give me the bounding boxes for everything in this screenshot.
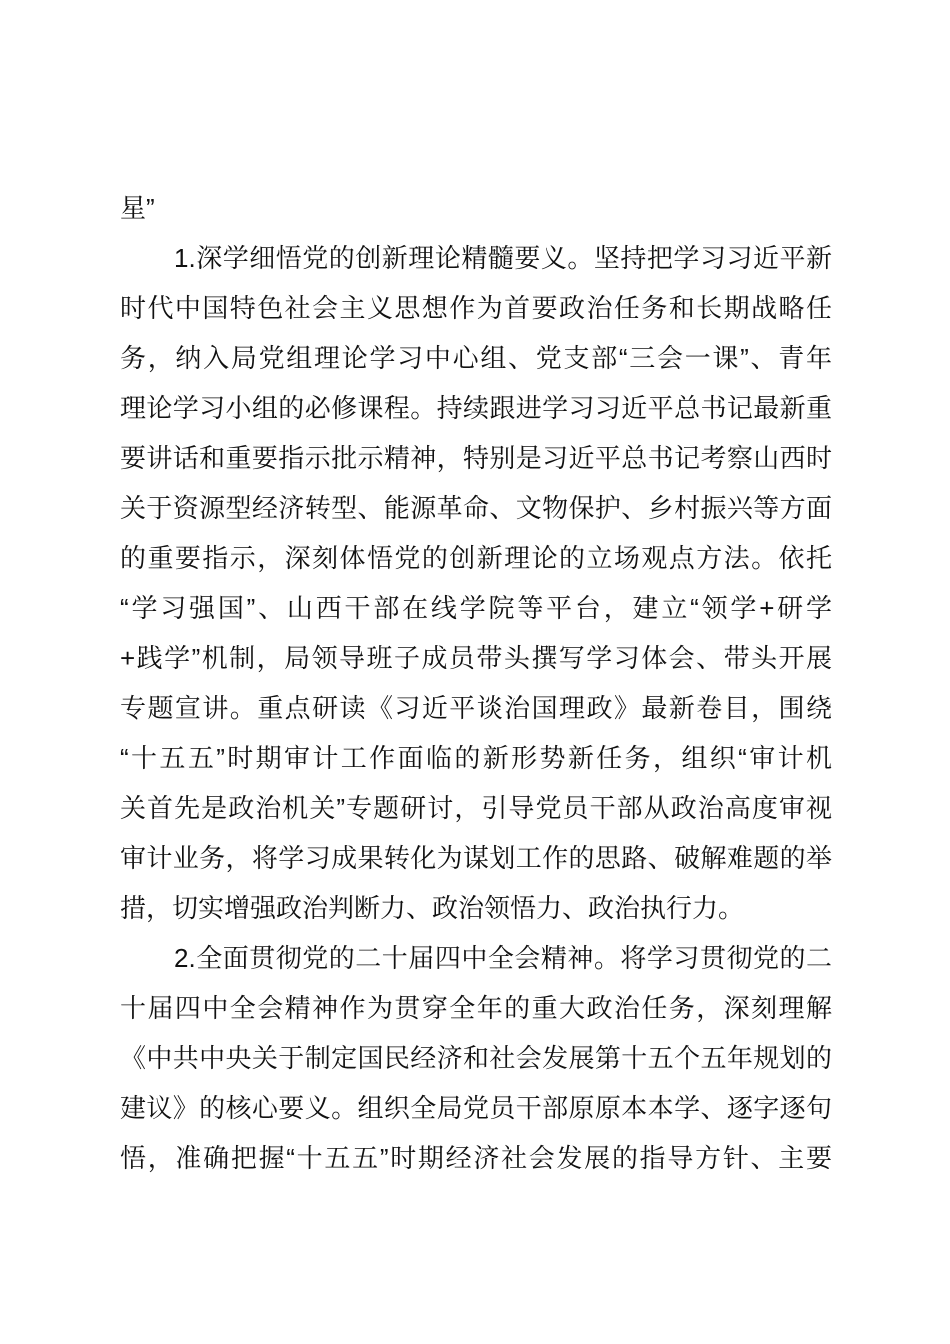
body-text: 星” 1.深学细悟党的创新理论精髓要义。坚持把学习习近平新 时代中国特色社会主义… bbox=[120, 183, 832, 1183]
text-line: 建议》的核心要义。组织全局党员干部原原本本学、逐字逐句 bbox=[120, 1083, 832, 1133]
paragraph-1: 1.深学细悟党的创新理论精髓要义。坚持把学习习近平新 时代中国特色社会主义思想作… bbox=[120, 233, 832, 933]
text-line: 关于资源型经济转型、能源革命、文物保护、乡村振兴等方面 bbox=[120, 483, 832, 533]
text-line: 2.全面贯彻党的二十届四中全会精神。将学习贯彻党的二 bbox=[120, 933, 832, 983]
text-line: 专题宣讲。重点研读《习近平谈治国理政》最新卷目，围绕 bbox=[120, 683, 832, 733]
text-line: 理论学习小组的必修课程。持续跟进学习习近平总书记最新重 bbox=[120, 383, 832, 433]
paragraph-2: 2.全面贯彻党的二十届四中全会精神。将学习贯彻党的二 十届四中全会精神作为贯穿全… bbox=[120, 933, 832, 1183]
text-line: 时代中国特色社会主义思想作为首要政治任务和长期战略任 bbox=[120, 283, 832, 333]
text-line: 务，纳入局党组理论学习中心组、党支部“三会一课”、青年 bbox=[120, 333, 832, 383]
text-line: 措，切实增强政治判断力、政治领悟力、政治执行力。 bbox=[120, 883, 832, 933]
carryover-line: 星” bbox=[120, 183, 832, 233]
text-line: “十五五”时期审计工作面临的新形势新任务，组织“审计机 bbox=[120, 733, 832, 783]
text-line: +践学”机制，局领导班子成员带头撰写学习体会、带头开展 bbox=[120, 633, 832, 683]
text-line: 悟，准确把握“十五五”时期经济社会发展的指导方针、主要 bbox=[120, 1133, 832, 1183]
document-page: 星” 1.深学细悟党的创新理论精髓要义。坚持把学习习近平新 时代中国特色社会主义… bbox=[0, 0, 950, 1344]
text-line: 《中共中央关于制定国民经济和社会发展第十五个五年规划的 bbox=[120, 1033, 832, 1083]
text-line: 十届四中全会精神作为贯穿全年的重大政治任务，深刻理解 bbox=[120, 983, 832, 1033]
text-line: 要讲话和重要指示批示精神，特别是习近平总书记考察山西时 bbox=[120, 433, 832, 483]
text-line: 审计业务，将学习成果转化为谋划工作的思路、破解难题的举 bbox=[120, 833, 832, 883]
text-line: 1.深学细悟党的创新理论精髓要义。坚持把学习习近平新 bbox=[120, 233, 832, 283]
text-line: 关首先是政治机关”专题研讨，引导党员干部从政治高度审视 bbox=[120, 783, 832, 833]
text-line: 的重要指示，深刻体悟党的创新理论的立场观点方法。依托 bbox=[120, 533, 832, 583]
text-line: “学习强国”、山西干部在线学院等平台，建立“领学+研学 bbox=[120, 583, 832, 633]
